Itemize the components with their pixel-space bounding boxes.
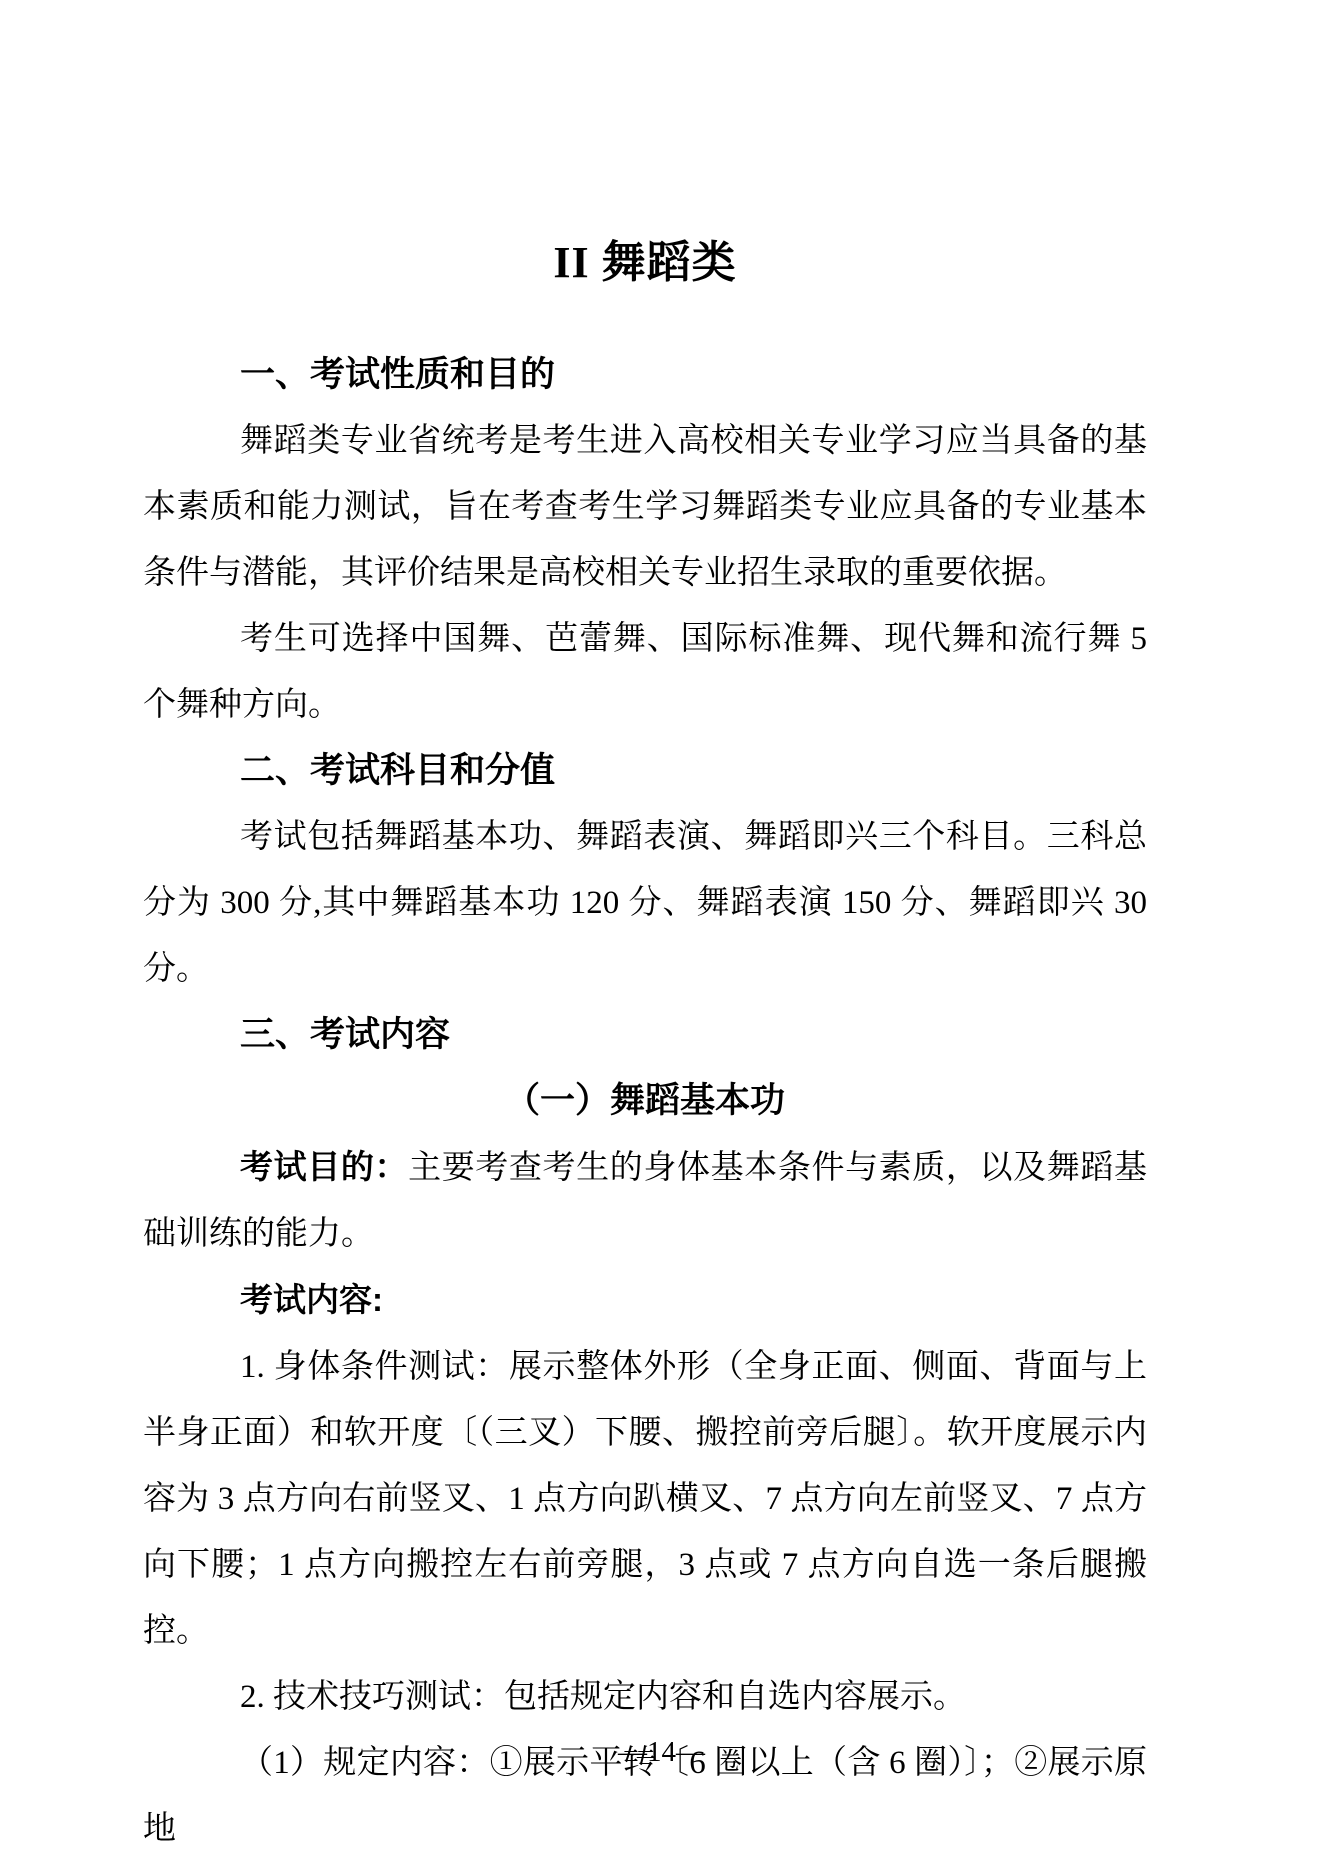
exam-content-label-paragraph: 考试内容:	[143, 1267, 1147, 1334]
section3-heading: 三、考试内容	[143, 1002, 1147, 1068]
subsection1-heading: （一）舞蹈基本功	[143, 1068, 1147, 1134]
exam-content-item2: 2. 技术技巧测试：包括规定内容和自选内容展示。	[143, 1664, 1147, 1730]
document-page: II 舞蹈类 一、考试性质和目的 舞蹈类专业省统考是考生进入高校相关专业学习应当…	[0, 0, 1323, 1871]
document-title: II 舞蹈类	[143, 228, 1147, 298]
exam-purpose-label: 考试目的：	[240, 1148, 408, 1185]
exam-content-item1: 1. 身体条件测试：展示整体外形（全身正面、侧面、背面与上半身正面）和软开度〔（…	[143, 1334, 1147, 1664]
exam-content-label: 考试内容:	[240, 1281, 383, 1318]
section2-heading: 二、考试科目和分值	[143, 738, 1147, 804]
page-number: —14—	[0, 1735, 1323, 1769]
exam-purpose-paragraph: 考试目的：主要考查考生的身体基本条件与素质，以及舞蹈基础训练的能力。	[143, 1134, 1147, 1267]
document-content: II 舞蹈类 一、考试性质和目的 舞蹈类专业省统考是考生进入高校相关专业学习应当…	[143, 0, 1147, 1862]
section1-heading: 一、考试性质和目的	[143, 342, 1147, 408]
section1-paragraph2: 考生可选择中国舞、芭蕾舞、国际标准舞、现代舞和流行舞 5 个舞种方向。	[143, 606, 1147, 738]
section2-paragraph1: 考试包括舞蹈基本功、舞蹈表演、舞蹈即兴三个科目。三科总分为 300 分,其中舞蹈…	[143, 804, 1147, 1002]
section1-paragraph1: 舞蹈类专业省统考是考生进入高校相关专业学习应当具备的基本素质和能力测试，旨在考查…	[143, 408, 1147, 606]
